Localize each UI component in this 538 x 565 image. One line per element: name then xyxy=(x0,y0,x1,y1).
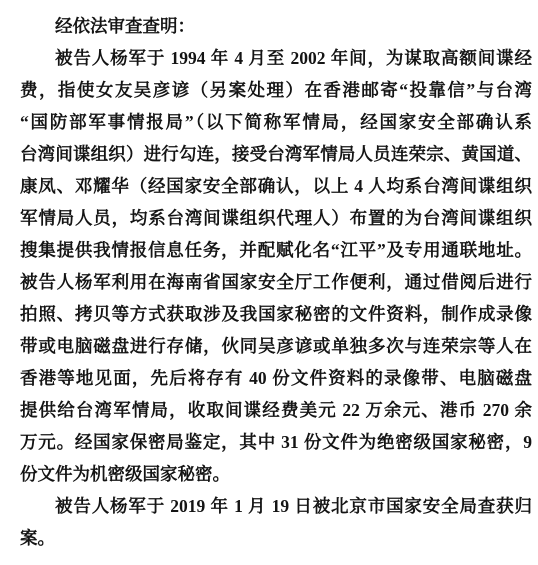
document-line-14: 万元。经国家保密局鉴定，其中 31 份文件为绝密级国家秘密，9 xyxy=(20,426,532,458)
document-line-5: 台湾间谍组织）进行勾连，接受台湾军情局人员连荣宗、黄国道、 xyxy=(20,138,532,170)
document-line-11: 带或电脑磁盘进行存储，伙同吴彦谚或单独多次与连荣宗等人在 xyxy=(20,330,532,362)
document-line-12: 香港等地见面，先后将存有 40 份文件资料的录像带、电脑磁盘 xyxy=(20,362,532,394)
document-page: 经依法审查查明： 被告人杨军于 1994 年 4 月至 2002 年间，为谋取高… xyxy=(0,0,538,565)
document-line-13: 提供给台湾军情局，收取间谍经费美元 22 万余元、港币 270 余 xyxy=(20,394,532,426)
document-line-9: 被告人杨军利用在海南省国家安全厅工作便利，通过借阅后进行 xyxy=(20,266,532,298)
document-line-3: 费，指使女友吴彦谚（另案处理）在香港邮寄“投靠信”与台湾 xyxy=(20,74,532,106)
document-line-16: 被告人杨军于 2019 年 1 月 19 日被北京市国家安全局查获归 xyxy=(20,490,532,522)
document-line-17: 案。 xyxy=(20,522,532,554)
document-line-6: 康凤、邓耀华（经国家安全部确认，以上 4 人均系台湾间谍组织 xyxy=(20,170,532,202)
document-line-2: 被告人杨军于 1994 年 4 月至 2002 年间，为谋取高额间谍经 xyxy=(20,42,532,74)
document-line-7: 军情局人员，均系台湾间谍组织代理人）布置的为台湾间谍组织 xyxy=(20,202,532,234)
document-line-15: 份文件为机密级国家秘密。 xyxy=(20,458,532,490)
document-line-10: 拍照、拷贝等方式获取涉及我国家秘密的文件资料，制作成录像 xyxy=(20,298,532,330)
document-line-8: 搜集提供我情报信息任务，并配赋化名“江平”及专用通联地址。 xyxy=(20,234,532,266)
document-line-1: 经依法审查查明： xyxy=(20,10,532,42)
document-line-4: “国防部军事情报局”（以下简称军情局，经国家安全部确认系 xyxy=(20,106,532,138)
